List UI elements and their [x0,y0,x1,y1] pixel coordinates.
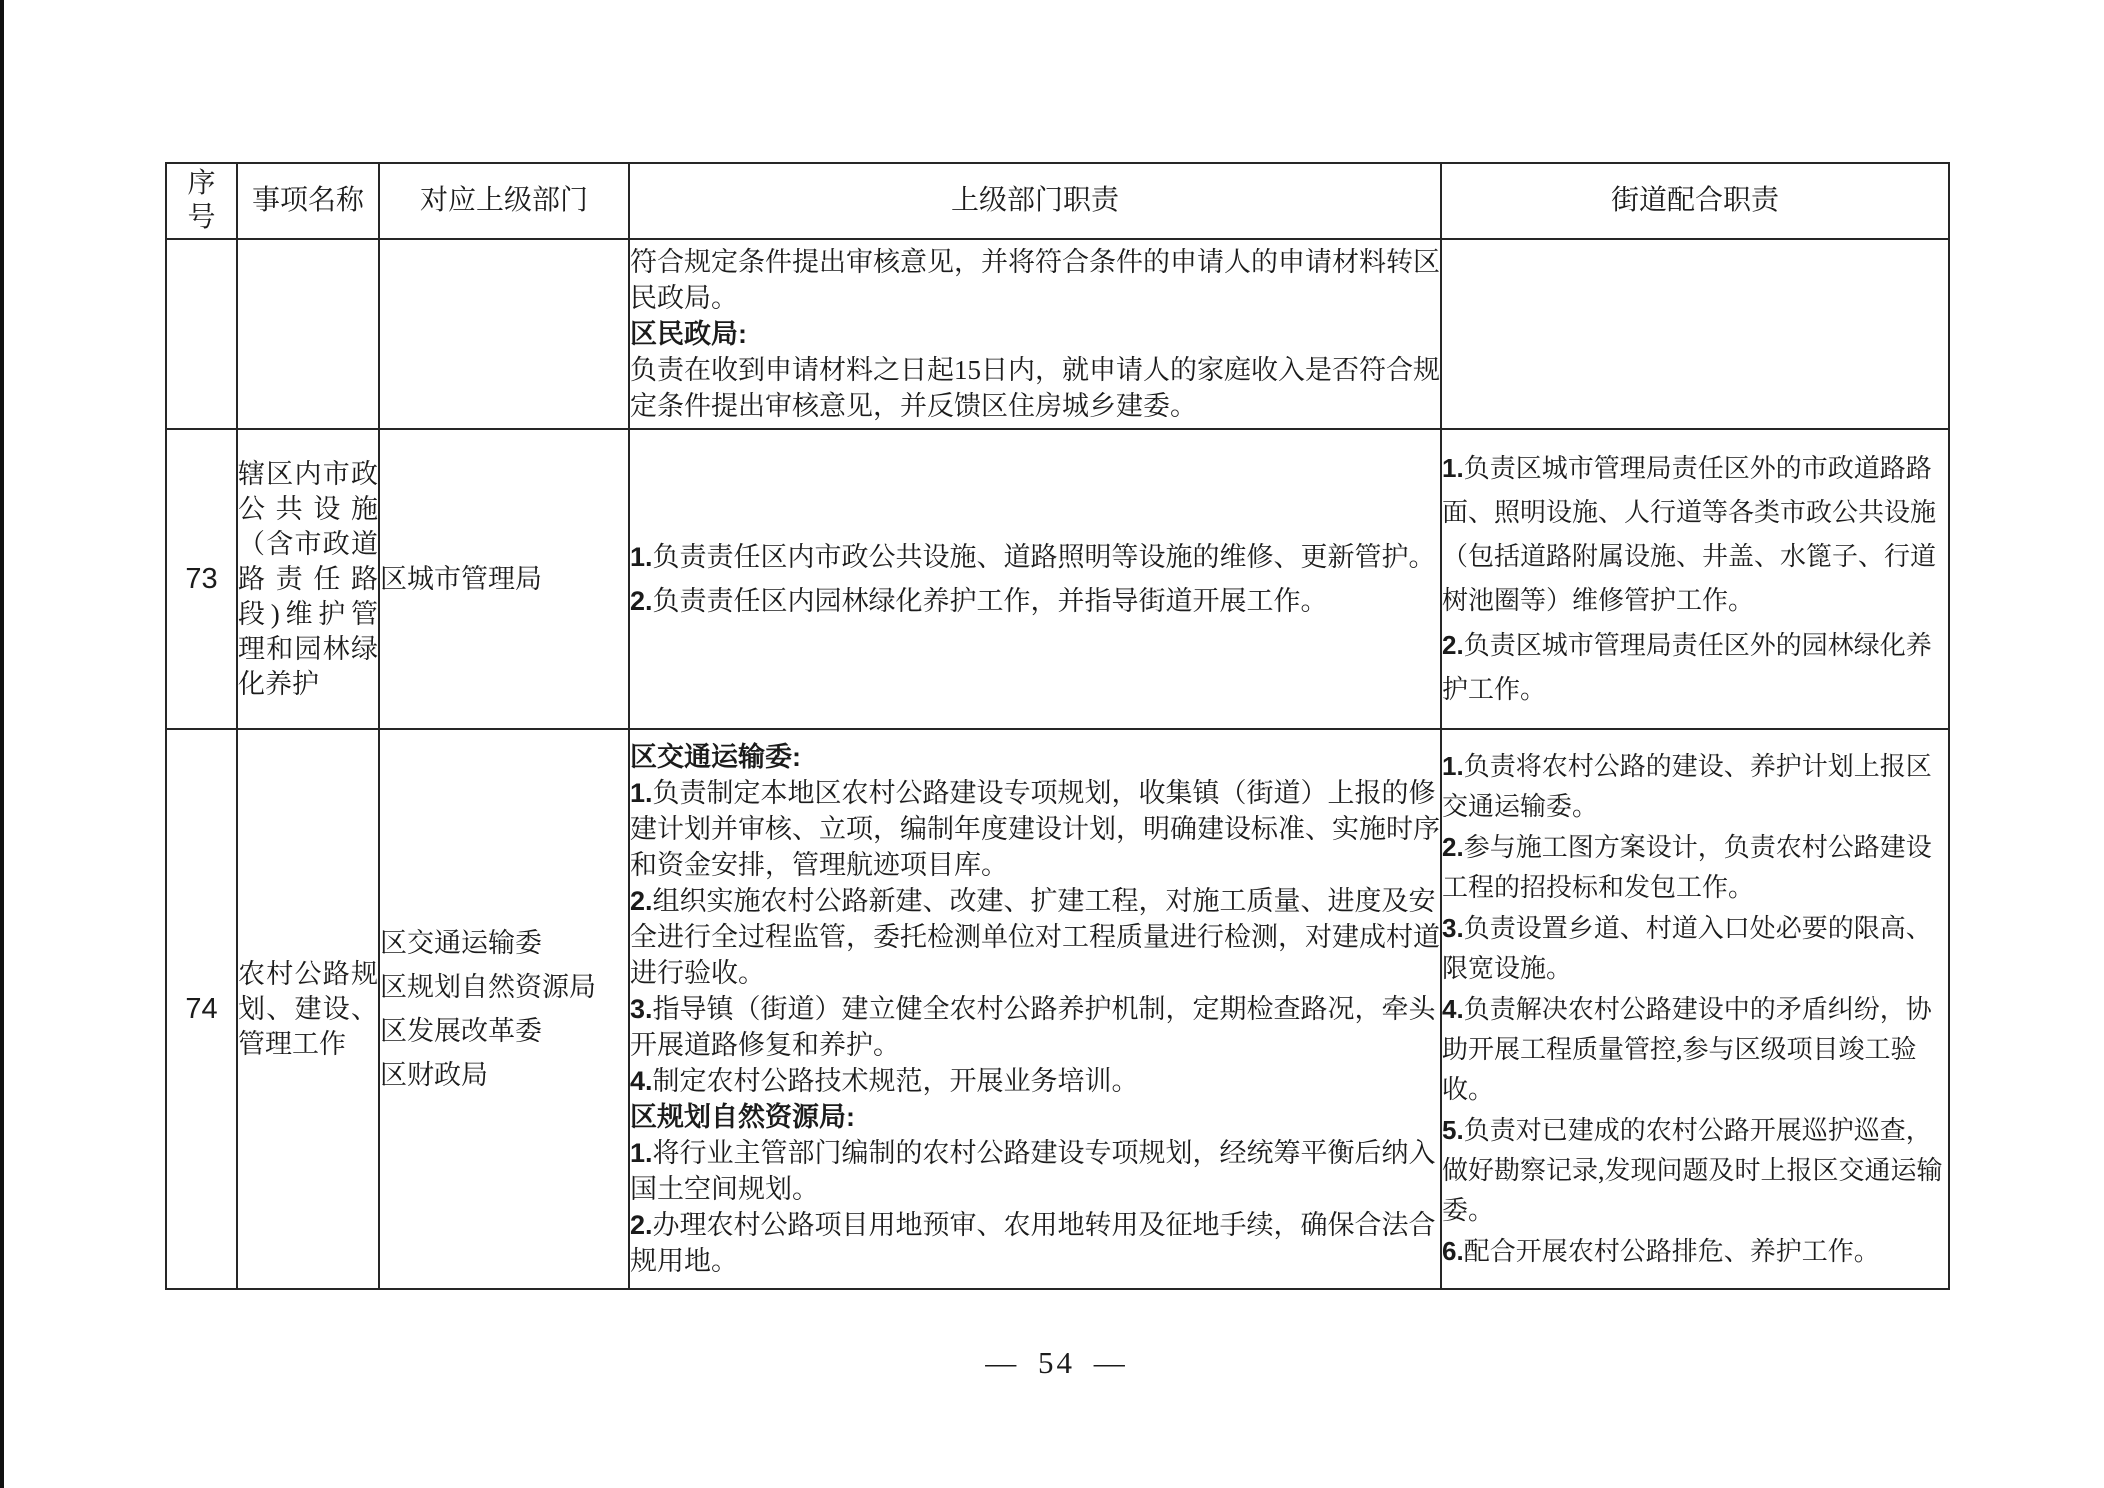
duty-section-heading: 区民政局: [630,316,1440,352]
duty-paragraph: 1.将行业主管部门编制的农村公路建设专项规划，经统筹平衡后纳入国土空间规划。 [630,1135,1440,1207]
cell-item-name: 辖区内市政公共设施（含市政道路责任路段)维护管理和园林绿化养护 [237,429,379,729]
duty-paragraph: 2.组织实施农村公路新建、改建、扩建工程，对施工质量、进度及安全进行全过程监管，… [630,883,1440,991]
cell-name-empty [237,239,379,429]
row-74: 74 农村公路规划、建设、管理工作 区交通运输委 区规划自然资源局 区发展改革委… [166,729,1949,1289]
cell-seq-empty [166,239,237,429]
dept-line: 区交通运输委 [380,921,628,965]
duty-section-heading: 区交通运输委: [630,739,1440,775]
duty-paragraph: 2.负责责任区内园林绿化养护工作，并指导街道开展工作。 [630,579,1440,623]
duty-paragraph: 负责在收到申请材料之日起15日内，就申请人的家庭收入是否符合规定条件提出审核意见… [630,352,1440,424]
dept-line: 区财政局 [380,1053,628,1097]
page-number: — 54 — [165,1345,1948,1381]
cell-dept-empty [379,239,629,429]
duty-paragraph: 符合规定条件提出审核意见，并将符合条件的申请人的申请材料转区民政局。 [630,244,1440,316]
duty-paragraph: 1.负责责任区内市政公共设施、道路照明等设施的维修、更新管护。 [630,535,1440,579]
cell-street-duties: 1.负责将农村公路的建设、养护计划上报区交通运输委。 2.参与施工图方案设计，负… [1441,729,1949,1289]
scan-edge-artifact [0,0,4,1488]
duty-paragraph: 1.负责将农村公路的建设、养护计划上报区交通运输委。 [1442,746,1948,827]
cell-superior-dept: 区交通运输委 区规划自然资源局 区发展改革委 区财政局 [379,729,629,1289]
cell-seq: 74 [166,729,237,1289]
cell-superior-dept: 区城市管理局 [379,429,629,729]
cell-street-duties: 1.负责区城市管理局责任区外的市政道路路面、照明设施、人行道等各类市政公共设施（… [1441,429,1949,729]
header-seq: 序号 [166,163,237,239]
cell-street-duties-empty [1441,239,1949,429]
dept-line: 区规划自然资源局 [380,965,628,1009]
dept-line: 区城市管理局 [380,557,628,601]
duty-paragraph: 1.负责区城市管理局责任区外的市政道路路面、照明设施、人行道等各类市政公共设施（… [1442,446,1948,623]
duty-paragraph: 5.负责对已建成的农村公路开展巡护巡查，做好勘察记录,发现问题及时上报区交通运输… [1442,1110,1948,1231]
header-street-duties: 街道配合职责 [1441,163,1949,239]
duty-section-heading: 区规划自然资源局: [630,1099,1440,1135]
header-row: 序号 事项名称 对应上级部门 上级部门职责 街道配合职责 [166,163,1949,239]
row-73: 73 辖区内市政公共设施（含市政道路责任路段)维护管理和园林绿化养护 区城市管理… [166,429,1949,729]
cell-superior-duties: 符合规定条件提出审核意见，并将符合条件的申请人的申请材料转区民政局。 区民政局:… [629,239,1441,429]
cell-superior-duties: 区交通运输委: 1.负责制定本地区农村公路建设专项规划，收集镇（街道）上报的修建… [629,729,1441,1289]
duty-paragraph: 4.负责解决农村公路建设中的矛盾纠纷，协助开展工程质量管控,参与区级项目竣工验收… [1442,989,1948,1110]
duty-paragraph: 2.参与施工图方案设计，负责农村公路建设工程的招投标和发包工作。 [1442,827,1948,908]
cell-superior-duties: 1.负责责任区内市政公共设施、道路照明等设施的维修、更新管护。 2.负责责任区内… [629,429,1441,729]
document-page: { "page": { "footer": "— 54 —" }, "color… [0,0,2104,1488]
header-superior-duties: 上级部门职责 [629,163,1441,239]
duty-paragraph: 1.负责制定本地区农村公路建设专项规划，收集镇（街道）上报的修建计划并审核、立项… [630,775,1440,883]
cell-item-name: 农村公路规划、建设、管理工作 [237,729,379,1289]
header-superior-dept: 对应上级部门 [379,163,629,239]
cell-seq: 73 [166,429,237,729]
duties-table: 序号 事项名称 对应上级部门 上级部门职责 街道配合职责 符合规定条件提出审核意… [165,162,1950,1290]
header-item-name: 事项名称 [237,163,379,239]
duty-paragraph: 2.负责区城市管理局责任区外的园林绿化养护工作。 [1442,623,1948,712]
duty-paragraph: 6.配合开展农村公路排危、养护工作。 [1442,1231,1948,1272]
dept-line: 区发展改革委 [380,1009,628,1053]
duty-paragraph: 4.制定农村公路技术规范，开展业务培训。 [630,1063,1440,1099]
duty-paragraph: 3.指导镇（街道）建立健全农村公路养护机制，定期检查路况，牵头开展道路修复和养护… [630,991,1440,1063]
row-continuation: 符合规定条件提出审核意见，并将符合条件的申请人的申请材料转区民政局。 区民政局:… [166,239,1949,429]
duty-paragraph: 3.负责设置乡道、村道入口处必要的限高、限宽设施。 [1442,908,1948,989]
duty-paragraph: 2.办理农村公路项目用地预审、农用地转用及征地手续，确保合法合规用地。 [630,1207,1440,1279]
